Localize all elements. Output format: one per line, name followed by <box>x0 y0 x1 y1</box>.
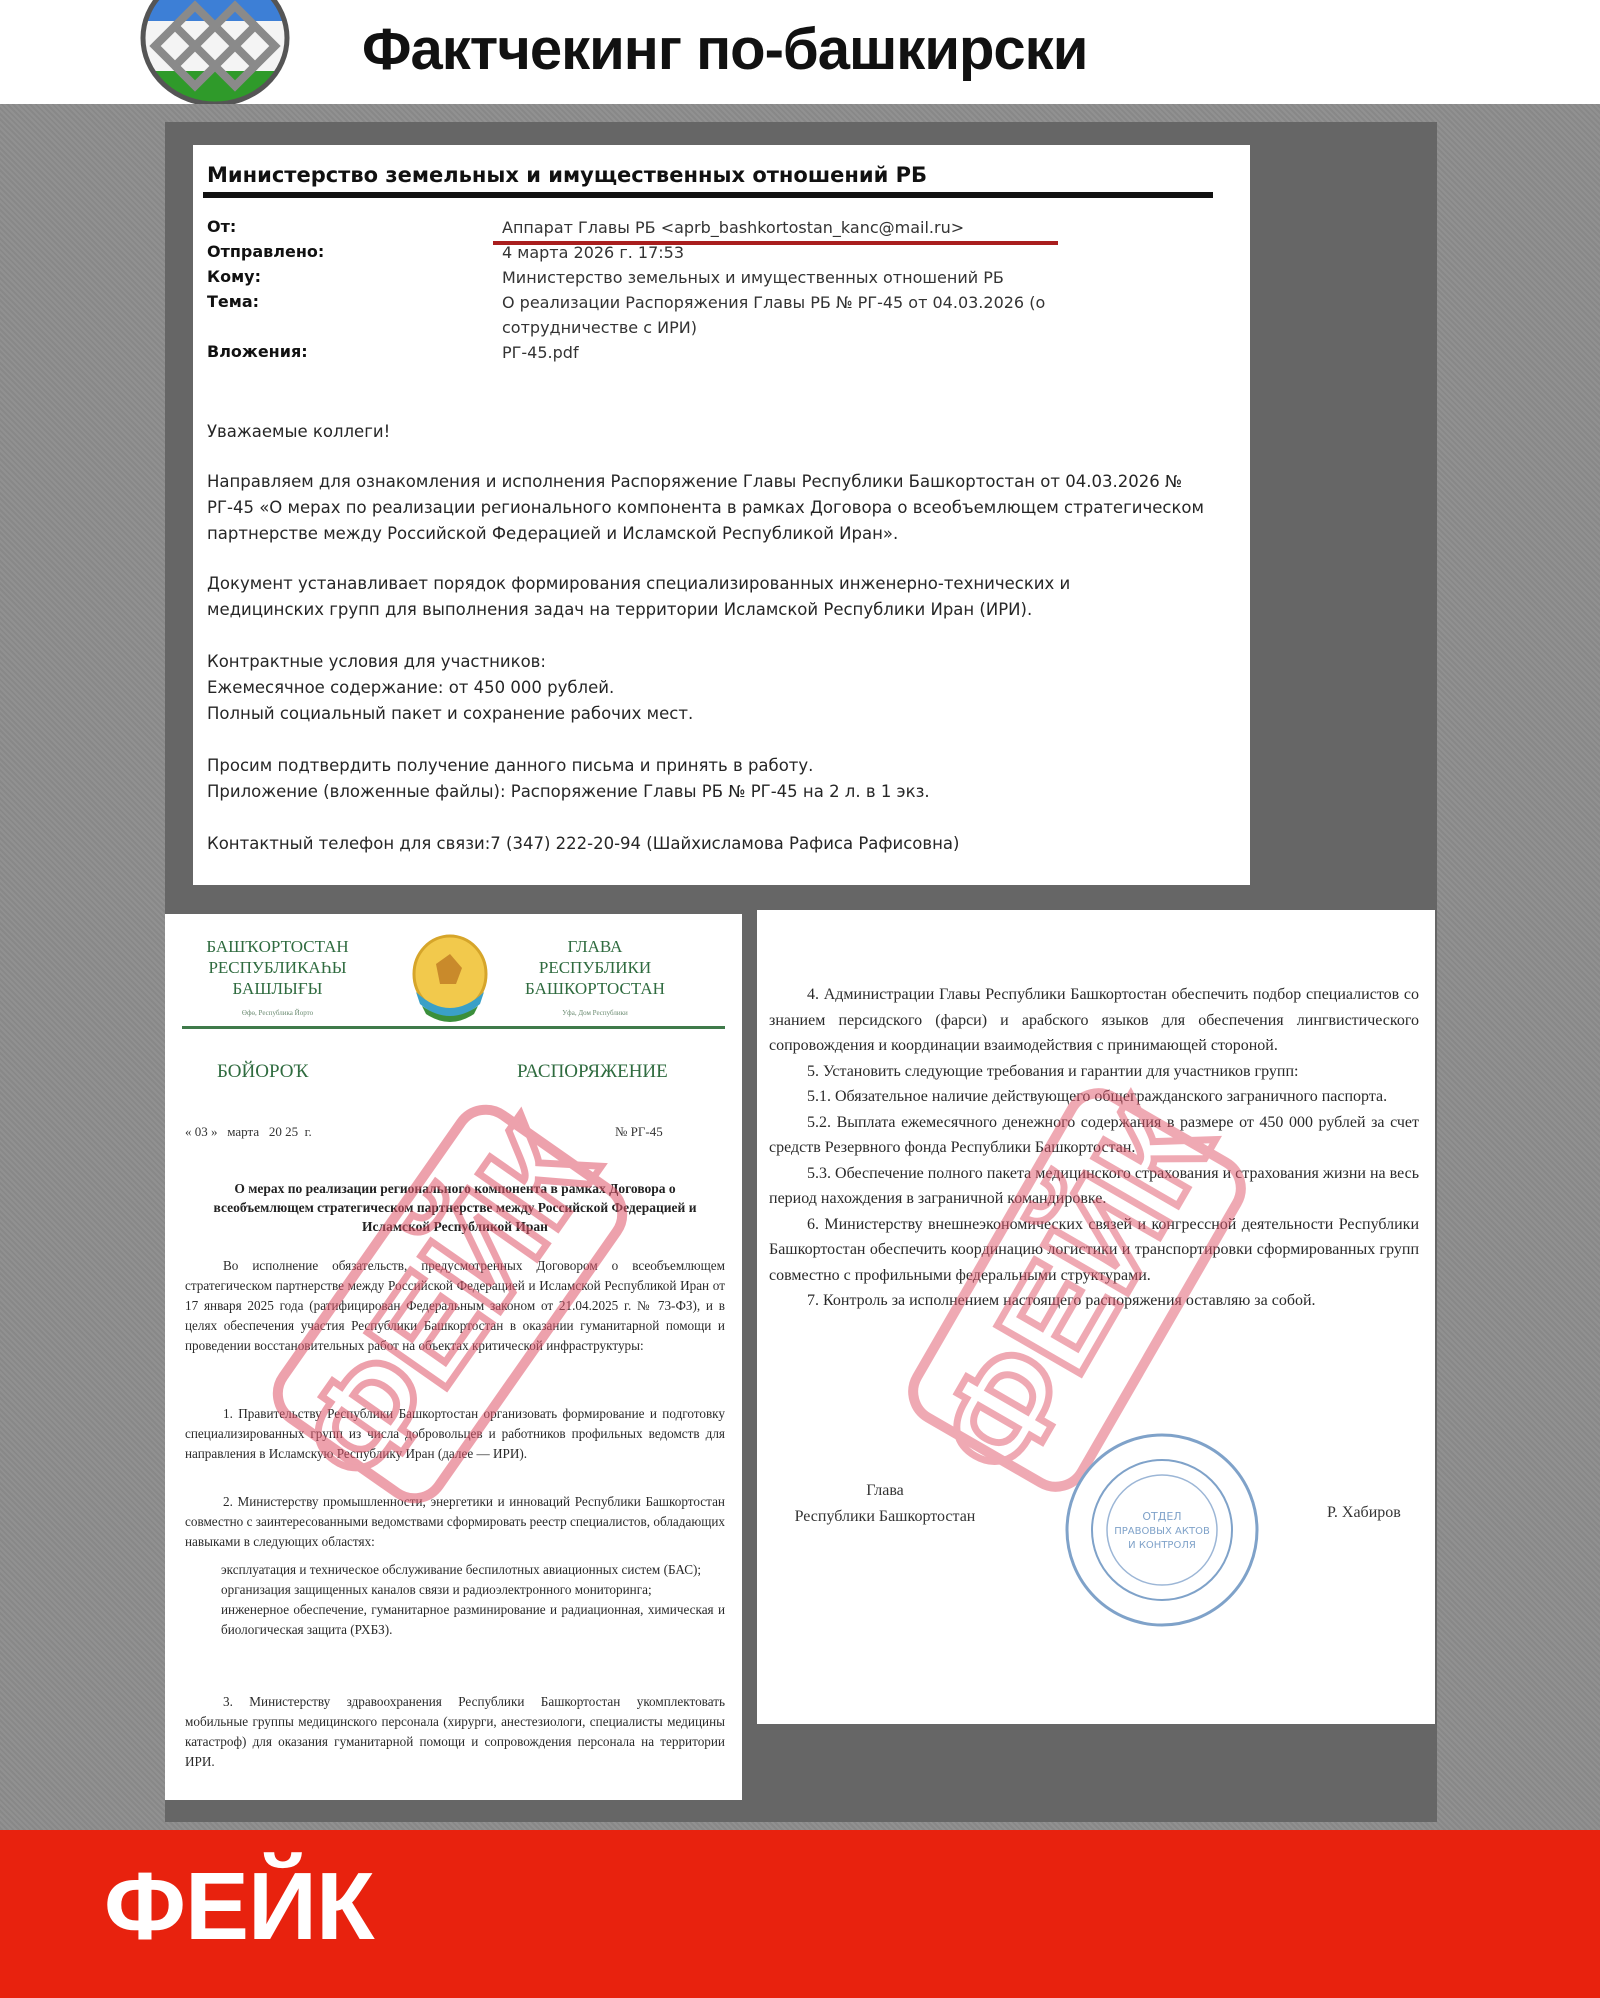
sent-label: Отправлено: <box>207 242 324 261</box>
verdict-banner: ФЕЙК <box>0 1830 1600 1998</box>
email-paragraph: Документ устанавливает порядок формирова… <box>207 571 1107 623</box>
order-item-5-2: 5.2. Выплата ежемесячного денежного соде… <box>769 1110 1419 1161</box>
attachment-link[interactable]: РГ-45.pdf <box>502 340 1122 365</box>
svg-text:И КОНТРОЛЯ: И КОНТРОЛЯ <box>1128 1540 1196 1551</box>
divider <box>182 1026 725 1029</box>
order-number: № РГ-45 <box>615 1124 663 1140</box>
order-item-5-1: 5.1. Обязательное наличие действующего о… <box>769 1084 1419 1110</box>
order-item-5: 5. Установить следующие требования и гар… <box>769 1059 1419 1085</box>
header-line: ГЛАВА <box>495 936 695 957</box>
sent-value: 4 марта 2026 г. 17:53 <box>502 240 1122 265</box>
list-item: инженерное обеспечение, гуманитарное раз… <box>221 1600 725 1640</box>
order-item-6: 6. Министерству внешнеэкономических связ… <box>769 1212 1419 1289</box>
email-organization: Министерство земельных и имущественных о… <box>207 163 927 187</box>
order-item-3: 3. Министерству здравоохранения Республи… <box>185 1692 725 1772</box>
order-item-4: 4. Администрации Главы Республики Башкор… <box>769 982 1419 1059</box>
to-value: Министерство земельных и имущественных о… <box>502 265 1122 290</box>
page-title: Фактчекинг по-башкирски <box>362 16 1087 83</box>
order-item-1: 1. Правительству Республики Башкортостан… <box>185 1404 725 1464</box>
svg-text:ОТДЕЛ: ОТДЕЛ <box>1142 1510 1181 1523</box>
official-seal-icon: ОТДЕЛ ПРАВОВЫХ АКТОВ И КОНТРОЛЯ <box>1062 1430 1262 1630</box>
order-item-7: 7. Контроль за исполнением настоящего ра… <box>769 1288 1419 1314</box>
doc-type-bashkir: БОЙОРОҠ <box>217 1061 308 1083</box>
header-address: Уфа, Дом Республики <box>495 1003 695 1024</box>
from-label: От: <box>207 217 236 236</box>
subject-label: Тема: <box>207 292 259 311</box>
order-date: « 03 » марта 20 25 г. <box>185 1124 312 1140</box>
header-line: БАШКОРТОСТАН <box>495 978 695 999</box>
bashkir-ornament-logo-icon <box>130 0 300 104</box>
list-item: эксплуатация и техническое обслуживание … <box>221 1560 725 1580</box>
divider <box>203 192 1213 198</box>
order-title: О мерах по реализации регионального комп… <box>185 1179 725 1236</box>
email-contact: Контактный телефон для связи:7 (347) 222… <box>207 831 1227 857</box>
from-value: Аппарат Главы РБ <aprb_bashkortostan_kan… <box>502 215 1122 240</box>
email-screenshot: Министерство земельных и имущественных о… <box>193 145 1250 885</box>
doc-type-russian: РАСПОРЯЖЕНИЕ <box>517 1061 668 1083</box>
header-bashkir: БАШҠОРТОСТАН РЕСПУБЛИКАҺЫ БАШЛЫҒЫ Өфө, Р… <box>185 936 370 1024</box>
order-item-2: 2. Министерству промышленности, энергети… <box>185 1492 725 1552</box>
to-label: Кому: <box>207 267 261 286</box>
header-russian: ГЛАВА РЕСПУБЛИКИ БАШКОРТОСТАН Уфа, Дом Р… <box>495 936 695 1024</box>
header-line: БАШЛЫҒЫ <box>185 978 370 999</box>
verdict-label: ФЕЙК <box>104 1852 374 1962</box>
email-paragraph: Направляем для ознакомления и исполнения… <box>207 469 1207 547</box>
email-contract-terms: Контрактные условия для участников: Ежем… <box>207 649 1227 727</box>
svg-text:ПРАВОВЫХ АКТОВ: ПРАВОВЫХ АКТОВ <box>1114 1526 1210 1537</box>
subject-value: О реализации Распоряжения Главы РБ № РГ-… <box>502 290 1122 340</box>
bashkortostan-coat-of-arms-icon <box>410 934 490 1024</box>
order-item-5-3: 5.3. Обеспечение полного пакета медицинс… <box>769 1161 1419 1212</box>
header-line: БАШҠОРТОСТАН <box>185 936 370 957</box>
signature-name: Р. Хабиров <box>1327 1504 1401 1522</box>
order-page-1: БАШҠОРТОСТАН РЕСПУБЛИКАҺЫ БАШЛЫҒЫ Өфө, Р… <box>165 914 742 1800</box>
email-greeting: Уважаемые коллеги! <box>207 419 1227 445</box>
header-bar: Фактчекинг по-башкирски <box>0 0 1600 104</box>
order-preamble: Во исполнение обязательств, предусмотрен… <box>185 1256 725 1356</box>
list-item: организация защищенных каналов связи и р… <box>221 1580 725 1600</box>
header-line: РЕСПУБЛИКАҺЫ <box>185 957 370 978</box>
attachments-label: Вложения: <box>207 342 308 361</box>
signature-title: Глава Республики Башкортостан <box>775 1478 995 1530</box>
order-item-2-list: эксплуатация и техническое обслуживание … <box>185 1560 725 1640</box>
order-page-2: 4. Администрации Главы Республики Башкор… <box>757 910 1435 1724</box>
header-address: Өфө, Республика Йорто <box>185 1003 370 1024</box>
order-items-continued: 4. Администрации Главы Республики Башкор… <box>769 982 1419 1314</box>
header-line: РЕСПУБЛИКИ <box>495 957 695 978</box>
email-paragraph: Просим подтвердить получение данного пис… <box>207 753 1227 805</box>
